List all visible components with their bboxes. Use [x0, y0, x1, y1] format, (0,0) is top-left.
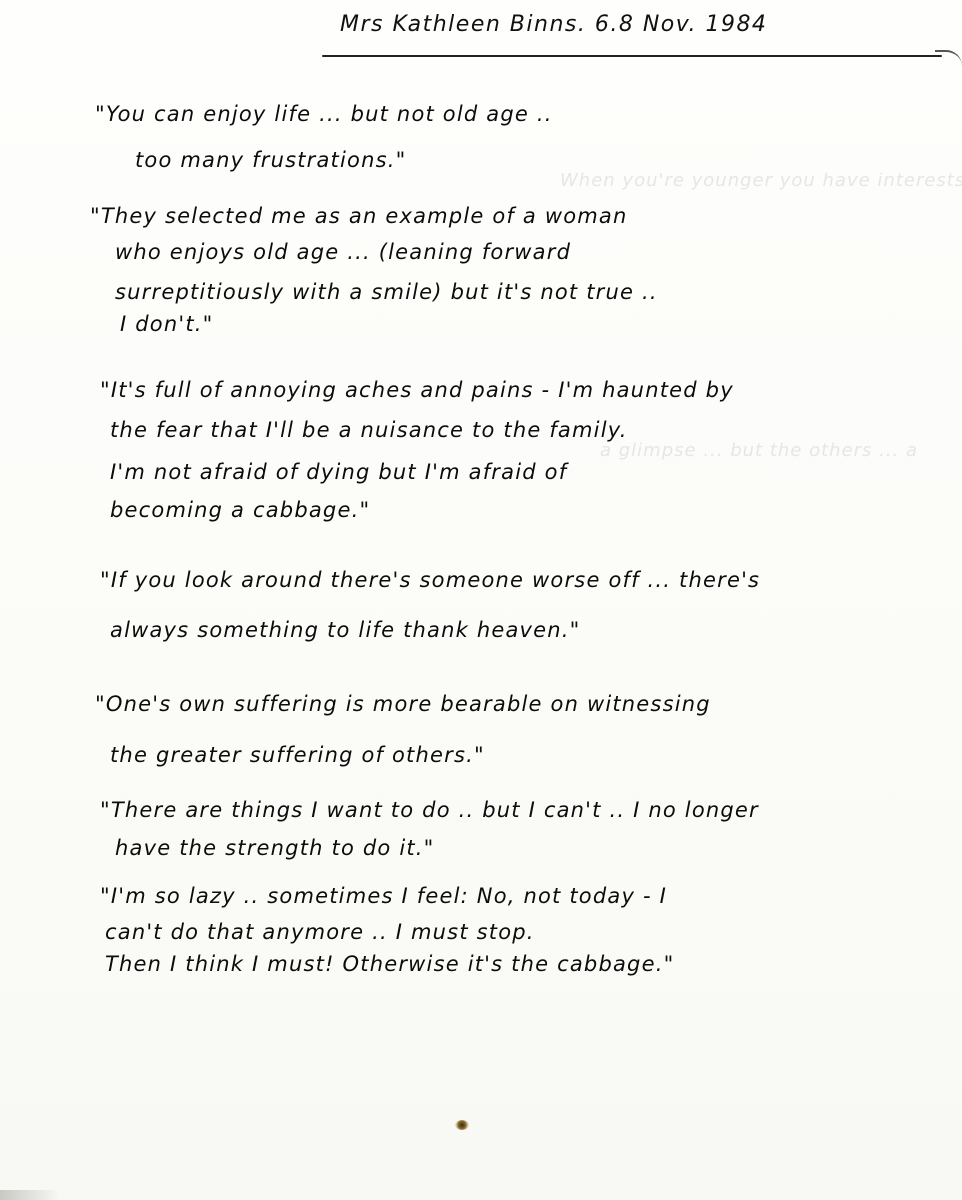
handwritten-page: Mrs Kathleen Binns. 6.8 Nov. 1984 When y…	[0, 0, 962, 1200]
quote-line: "They selected me as an example of a wom…	[90, 206, 627, 227]
quote-line: "You can enjoy life ... but not old age …	[95, 104, 553, 125]
page-header-title: Mrs Kathleen Binns. 6.8 Nov. 1984	[340, 12, 767, 37]
quote-line: can't do that anymore .. I must stop.	[105, 922, 535, 943]
ink-stain	[455, 1120, 469, 1130]
quote-line: surreptitiously with a smile) but it's n…	[115, 282, 658, 303]
quote-line: "If you look around there's someone wors…	[100, 570, 760, 591]
quote-line: I don't."	[120, 314, 214, 335]
quote-line: the greater suffering of others."	[110, 745, 485, 766]
quote-line: have the strength to do it."	[115, 838, 435, 859]
page-edge-curl	[935, 50, 962, 66]
quote-line: the fear that I'll be a nuisance to the …	[110, 420, 628, 441]
quote-line: "One's own suffering is more bearable on…	[95, 694, 711, 715]
quote-line: Then I think I must! Otherwise it's the …	[105, 954, 674, 975]
bleed-through-text: a glimpse ... but the others ... a	[600, 440, 918, 461]
scan-shadow	[0, 1190, 60, 1200]
bleed-through-text: When you're younger you have interests..…	[560, 170, 962, 191]
quote-line: "I'm so lazy .. sometimes I feel: No, no…	[100, 886, 667, 907]
quote-line: "It's full of annoying aches and pains -…	[100, 380, 734, 401]
header-underline	[322, 55, 942, 57]
quote-line: too many frustrations."	[135, 150, 406, 171]
quote-line: becoming a cabbage."	[110, 500, 370, 521]
quote-line: who enjoys old age ... (leaning forward	[115, 242, 571, 263]
quote-line: always something to life thank heaven."	[110, 620, 581, 641]
quote-line: I'm not afraid of dying but I'm afraid o…	[110, 462, 567, 483]
quote-line: "There are things I want to do .. but I …	[100, 800, 759, 821]
